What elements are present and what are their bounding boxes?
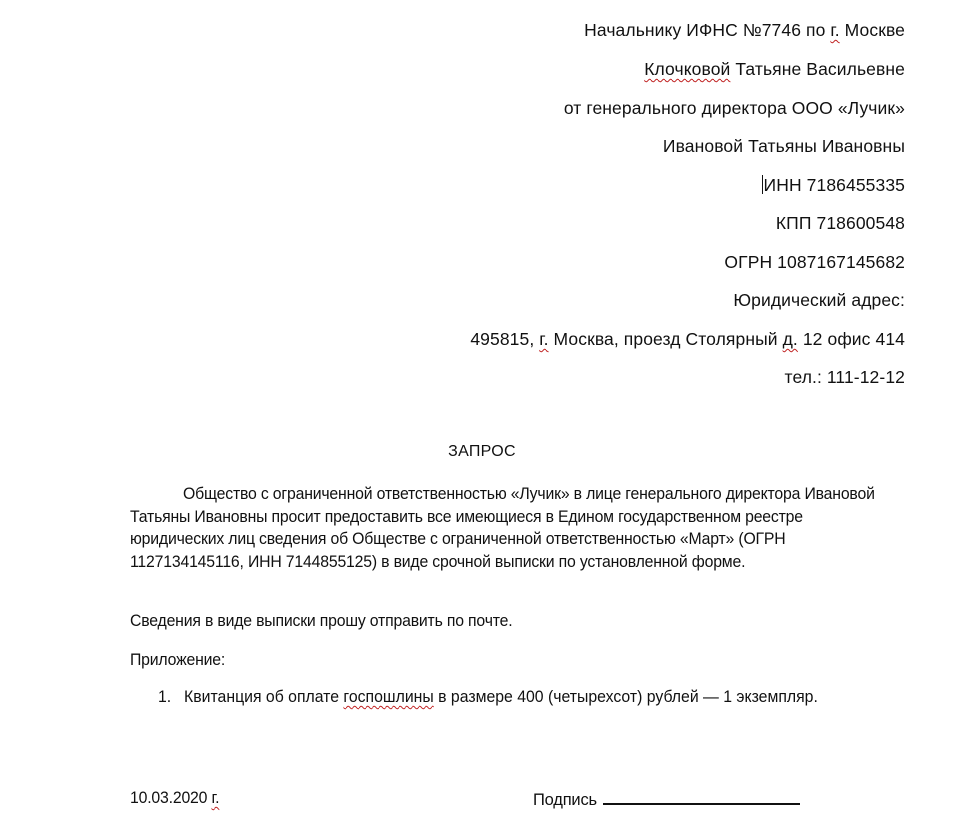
list-number: 1.: [158, 686, 171, 709]
spellcheck-marked-word: г.: [830, 20, 839, 40]
header-legal-address-label: Юридический адрес:: [733, 290, 905, 311]
header-from-line: от генерального директора ООО «Лучик»: [564, 98, 905, 119]
header-text: Начальнику ИФНС №7746 по: [584, 20, 830, 40]
spellcheck-marked-word: д.: [783, 329, 798, 349]
spellcheck-marked-word: госпошлины: [343, 687, 433, 706]
list-text-part: Квитанция об оплате: [184, 687, 343, 706]
header-text: 12 офис 414: [798, 329, 905, 349]
body-paragraph-request: Общество с ограниченной ответственностью…: [130, 483, 885, 573]
header-inn: ИНН 7186455335: [762, 175, 905, 196]
header-addressee-line: Начальнику ИФНС №7746 по г. Москве: [584, 20, 905, 41]
list-text-part: в размере 400 (четырехсот) рублей — 1 эк…: [434, 687, 818, 706]
header-text: Татьяне Васильевне: [730, 59, 905, 79]
spellcheck-marked-word: г.: [211, 788, 219, 807]
header-phone: тел.: 111-12-12: [785, 367, 905, 388]
header-text: ИНН 7186455335: [764, 175, 905, 195]
header-kpp: КПП 718600548: [776, 213, 905, 234]
spellcheck-marked-word: Клочковой: [644, 59, 730, 79]
header-text: Москве: [840, 20, 905, 40]
text-cursor: [762, 175, 763, 194]
list-text: Квитанция об оплате госпошлины в размере…: [184, 686, 828, 709]
header-addressee-name: Клочковой Татьяне Васильевне: [644, 59, 905, 80]
header-text: Москва, проезд Столярный: [549, 329, 783, 349]
signature-line: [603, 787, 800, 805]
paragraph-text: Общество с ограниченной ответственностью…: [130, 484, 875, 571]
body-paragraph-delivery: Сведения в виде выписки прошу отправить …: [130, 610, 837, 633]
document-date: 10.03.2020 г.: [130, 787, 409, 810]
document-title: ЗАПРОС: [0, 443, 964, 461]
attachment-label: Приложение:: [130, 649, 837, 672]
signature-label: Подпись: [533, 791, 597, 809]
header-legal-address: 495815, г. Москва, проезд Столярный д. 1…: [470, 329, 905, 350]
attachment-list-item: 1. Квитанция об оплате госпошлины в разм…: [158, 686, 828, 709]
header-text: 495815,: [470, 329, 539, 349]
signature-block: Подпись: [533, 787, 853, 812]
header-sender-name: Ивановой Татьяны Ивановны: [663, 136, 905, 157]
date-value: 10.03.2020: [130, 788, 207, 807]
header-ogrn: ОГРН 1087167145682: [724, 252, 905, 273]
spellcheck-marked-word: г.: [539, 329, 548, 349]
